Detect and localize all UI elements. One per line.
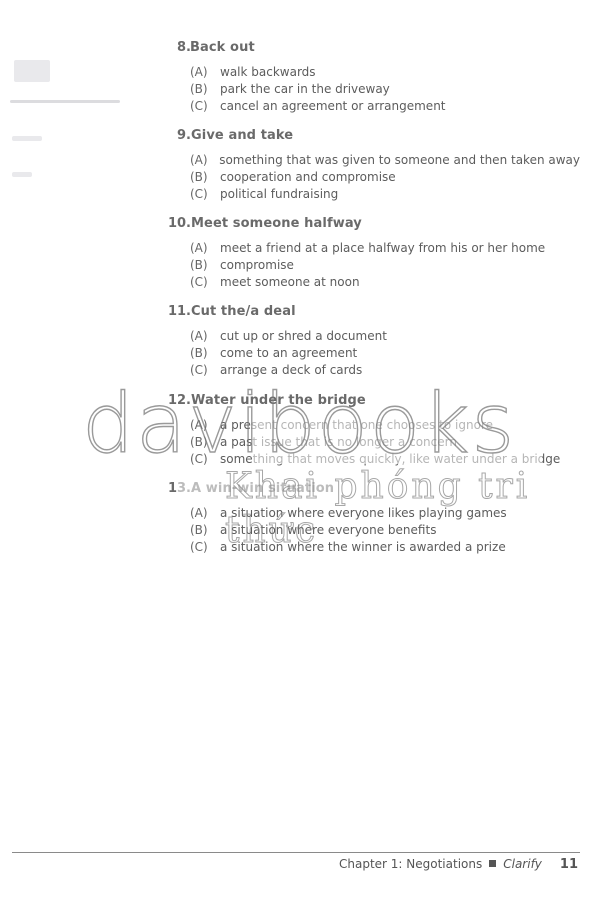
question-8: 8. Back out (A)walk backwards (B)park th… (150, 40, 580, 114)
option-b: (B)cooperation and compromise (150, 168, 580, 185)
question-title: Water under the bridge (191, 393, 366, 408)
question-number: 12. (150, 393, 191, 408)
footer-section: Clarify (503, 857, 542, 871)
option-c: (C)something that moves quickly, like wa… (150, 450, 580, 467)
question-13: 13. A win-win situation (A)a situation w… (150, 481, 580, 555)
option-c: (C)political fundraising (150, 185, 580, 202)
reverse-page-bleed-through (0, 0, 140, 260)
question-number: 9. (150, 128, 191, 143)
option-c: (C)a situation where the winner is award… (150, 538, 580, 555)
option-b: (B)park the car in the driveway (150, 80, 580, 97)
option-b: (B)compromise (150, 256, 580, 273)
question-title: A win-win situation (191, 481, 334, 496)
option-b: (B)a situation where everyone benefits (150, 521, 580, 538)
footer-rule (12, 852, 580, 853)
question-10: 10. Meet someone halfway (A)meet a frien… (150, 216, 580, 290)
question-title: Give and take (191, 128, 293, 143)
square-bullet-icon (489, 860, 496, 867)
question-11: 11. Cut the/a deal (A)cut up or shred a … (150, 304, 580, 378)
question-number: 13. (150, 481, 191, 496)
option-c: (C)cancel an agreement or arrangement (150, 97, 580, 114)
question-9: 9. Give and take (A)something that was g… (150, 128, 580, 202)
page-number: 11 (560, 857, 578, 872)
option-a: (A)meet a friend at a place halfway from… (150, 239, 580, 256)
question-12: 12. Water under the bridge (A)a present … (150, 393, 580, 467)
book-page: 8. Back out (A)walk backwards (B)park th… (0, 0, 600, 907)
option-a: (A)a situation where everyone likes play… (150, 504, 580, 521)
option-c: (C)meet someone at noon (150, 273, 580, 290)
option-c: (C)arrange a deck of cards (150, 361, 580, 378)
footer-chapter: Chapter 1: Negotiations (339, 857, 482, 871)
question-number: 10. (150, 216, 191, 231)
question-title: Meet someone halfway (191, 216, 362, 231)
question-number: 11. (150, 304, 191, 319)
question-number: 8. (150, 40, 191, 55)
option-a: (A)something that was given to someone a… (150, 151, 580, 168)
page-footer: Chapter 1: Negotiations Clarify 11 (339, 857, 578, 872)
option-a: (A)a present concern that one chooses to… (150, 416, 580, 433)
option-a: (A)cut up or shred a document (150, 327, 580, 344)
option-a: (A)walk backwards (150, 63, 580, 80)
question-title: Back out (190, 40, 255, 55)
option-b: (B)come to an agreement (150, 344, 580, 361)
question-title: Cut the/a deal (191, 304, 296, 319)
option-b: (B)a past issue that is no longer a conc… (150, 433, 580, 450)
